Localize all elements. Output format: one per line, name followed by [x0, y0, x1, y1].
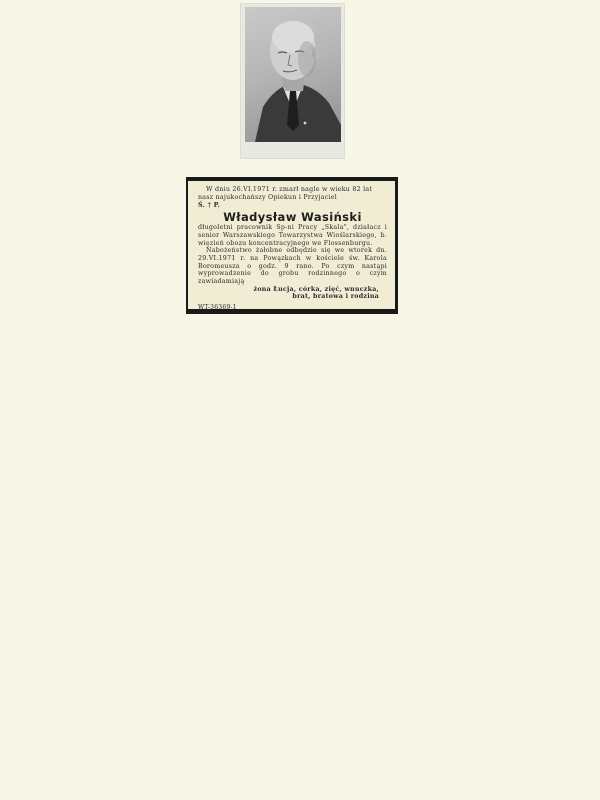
obituary-biography: długoletni pracownik Sp-ni Pracy „Skala"… [198, 224, 387, 247]
obituary-clipping: W dniu 26.VI.1971 r. zmarł nagle w wieku… [186, 177, 398, 314]
obituary-signoff-line1: żona Łucja, córka, zięć, wnuczka, [198, 286, 387, 294]
obituary-signoff-line2: brat, bratowa i rodzina [198, 293, 387, 301]
portrait-image [245, 7, 341, 142]
portrait-photo-mount [241, 4, 344, 158]
obituary-initials: Ś. † P. [198, 202, 387, 210]
deceased-name: Władysław Wasiński [198, 211, 387, 223]
obituary-reference-code: WT-36369-1 [198, 304, 387, 312]
obituary-death-date-line: W dniu 26.VI.1971 r. zmarł nagle w wieku… [198, 186, 387, 194]
obituary-funeral-info: Nabożeństwo żałobne odbędzie się we wtor… [198, 247, 387, 286]
portrait-photo [245, 7, 341, 142]
obituary-relation-line: nasz najukochańszy Opiekun i Przyjaciel [198, 194, 387, 202]
